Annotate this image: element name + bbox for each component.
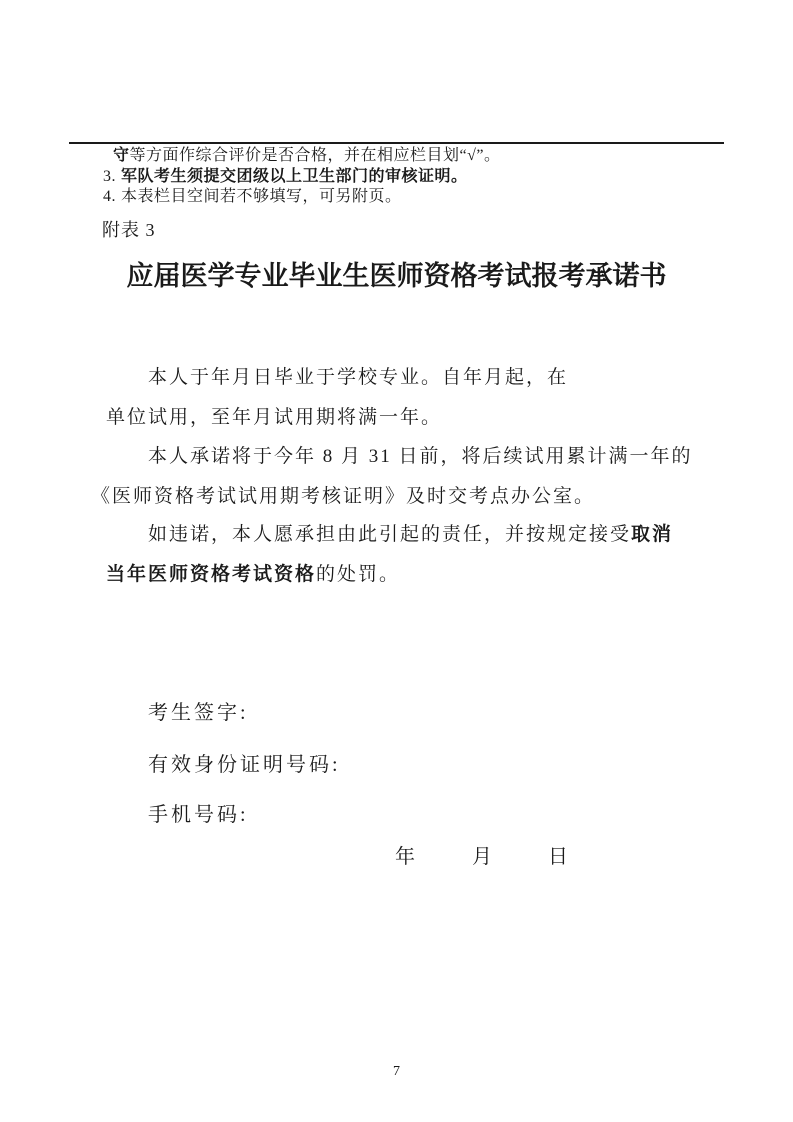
note-3-text: 本表栏目空间若不够填写，可另附页。 — [121, 188, 402, 205]
phone-number-label: 手机号码: — [148, 803, 249, 828]
note-1-text: 等方面作综合评价是否合格，并在相应栏目划“√”。 — [130, 147, 501, 164]
paragraph-2-line-1: 本人承诺将于今年 8 月 31 日前，将后续试用累计满一年的 — [148, 445, 693, 469]
paragraph-3-line-1: 如违诺，本人愿承担由此引起的责任，并按规定接受取消 — [148, 523, 673, 547]
document-title: 应届医学专业毕业生医师资格考试报考承诺书 — [0, 254, 793, 293]
note-2-number: 3. — [103, 168, 116, 185]
paragraph-1-line-1: 本人于年月日毕业于学校专业。自年月起，在 — [148, 366, 568, 390]
date-day-label: 日 — [548, 840, 568, 869]
paragraph-3-regular-text: 如违诺，本人愿承担由此引起的责任，并按规定接受 — [148, 524, 631, 545]
note-1-bold-lead: 守 — [113, 147, 130, 164]
paragraph-3-bold-start: 取消 — [631, 524, 673, 545]
paragraph-3-bold-end: 当年医师资格考试资格 — [106, 564, 316, 585]
attachment-table-label: 附表 3 — [102, 216, 156, 242]
document-page: 守等方面作综合评价是否合格，并在相应栏目划“√”。 3.军队考生须提交团级以上卫… — [0, 0, 793, 1122]
note-2-bold-text: 军队考生须提交团级以上卫生部门的审核证明。 — [121, 168, 468, 185]
page-number: 7 — [0, 1064, 793, 1080]
note-3-number: 4. — [103, 188, 116, 205]
paragraph-3-line-2: 当年医师资格考试资格的处罚。 — [106, 563, 400, 587]
paragraph-1-line-2: 单位试用，至年月试用期将满一年。 — [106, 406, 442, 430]
id-number-label: 有效身份证明号码: — [148, 753, 341, 778]
note-line-3: 4.本表栏目空间若不够填写，可另附页。 — [103, 187, 402, 206]
candidate-signature-label: 考生签字: — [148, 701, 249, 726]
paragraph-2-line-2: 《医师资格考试试用期考核证明》及时交考点办公室。 — [91, 485, 595, 509]
paragraph-3-closing-text: 的处罚。 — [316, 564, 400, 585]
top-rule-divider — [69, 142, 724, 144]
date-year-label: 年 — [395, 840, 415, 869]
date-month-label: 月 — [472, 840, 492, 869]
note-line-2: 3.军队考生须提交团级以上卫生部门的审核证明。 — [103, 167, 468, 186]
note-line-1: 守等方面作综合评价是否合格，并在相应栏目划“√”。 — [113, 146, 501, 165]
